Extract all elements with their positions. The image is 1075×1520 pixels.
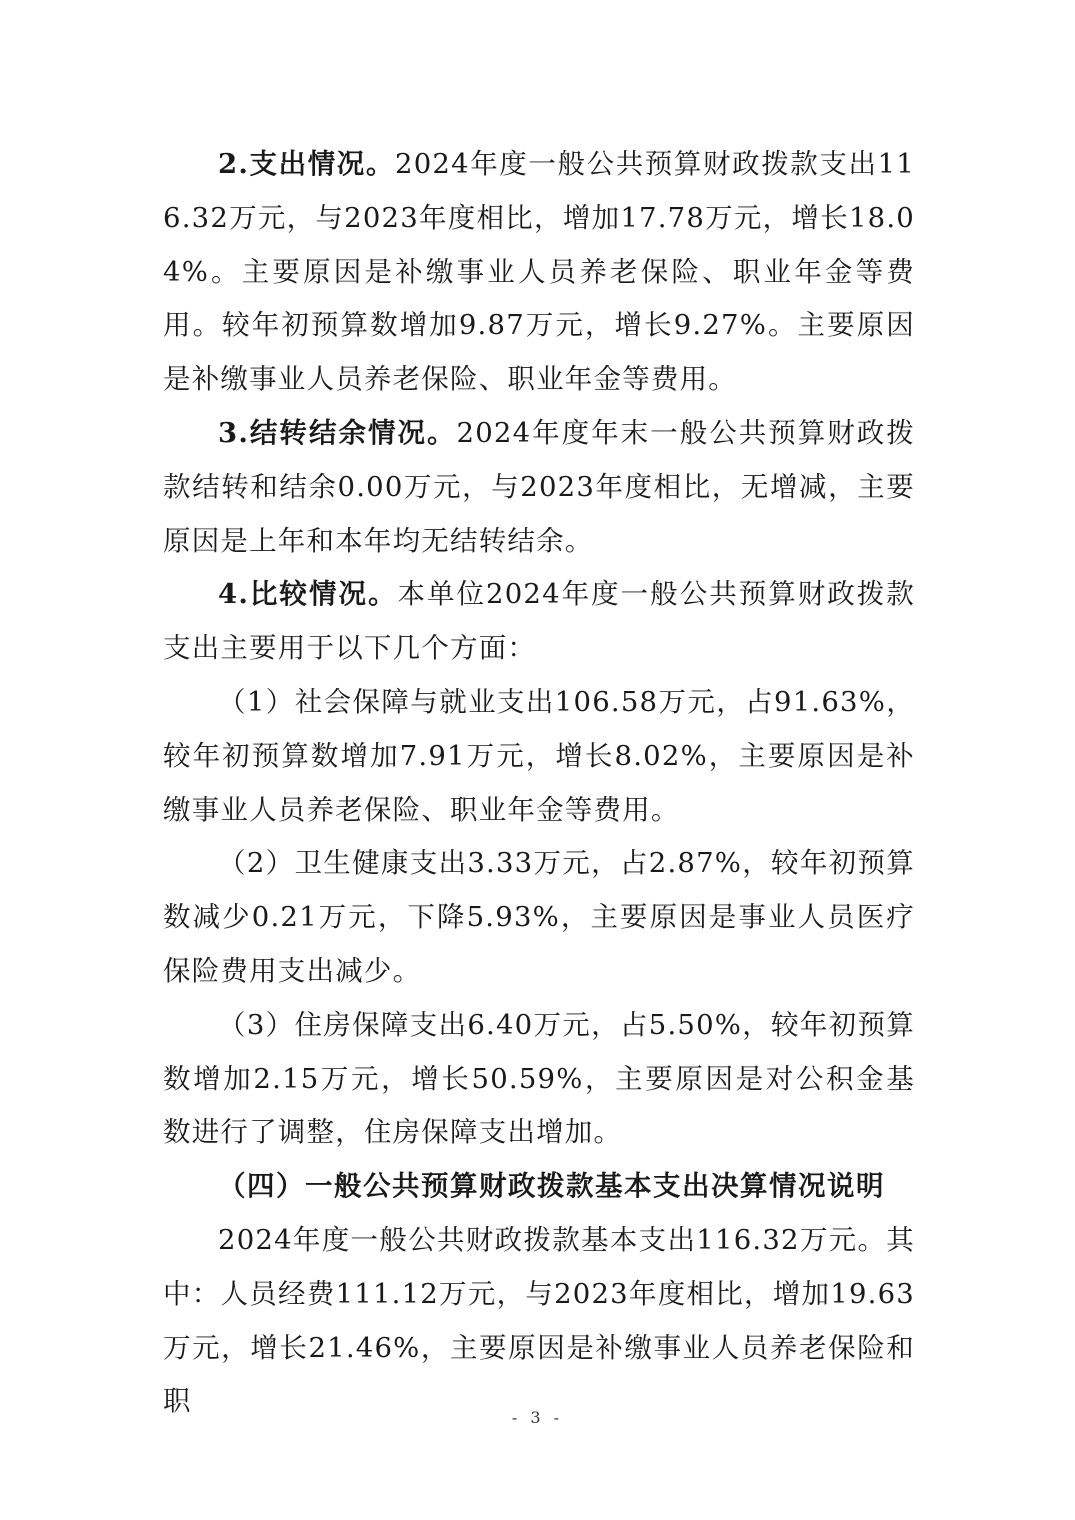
section-lead: 4.比较情况。: [218, 578, 398, 610]
section-expenditure: 2.支出情况。2024年度一般公共预算财政拨款支出116.32万元，与2023年…: [163, 138, 915, 407]
section-text: 2024年度一般公共预算财政拨款支出116.32万元，与2023年度相比，增加1…: [163, 148, 915, 395]
section-heading: （四）一般公共预算财政拨款基本支出决算情况说明: [163, 1160, 915, 1214]
section-comparison: 4.比较情况。本单位2024年度一般公共预算财政拨款支出主要用于以下几个方面：: [163, 568, 915, 676]
list-item-social-security: （1）社会保障与就业支出106.58万元，占91.63%，较年初预算数增加7.9…: [163, 676, 915, 837]
list-item-health: （2）卫生健康支出3.33万元，占2.87%，较年初预算数减少0.21万元，下降…: [163, 837, 915, 998]
list-item-housing: （3）住房保障支出6.40万元，占5.50%，较年初预算数增加2.15万元，增长…: [163, 999, 915, 1160]
basic-expenditure-paragraph: 2024年度一般公共财政拨款基本支出116.32万元。其中：人员经费111.12…: [163, 1214, 915, 1429]
section-lead: 3.结转结余情况。: [218, 417, 457, 449]
section-lead: 2.支出情况。: [218, 148, 395, 180]
section-carryover: 3.结转结余情况。2024年度年末一般公共预算财政拨款结转和结余0.00万元，与…: [163, 407, 915, 568]
page-number: - 3 -: [0, 1408, 1075, 1427]
document-page: 2.支出情况。2024年度一般公共预算财政拨款支出116.32万元，与2023年…: [163, 138, 915, 1429]
